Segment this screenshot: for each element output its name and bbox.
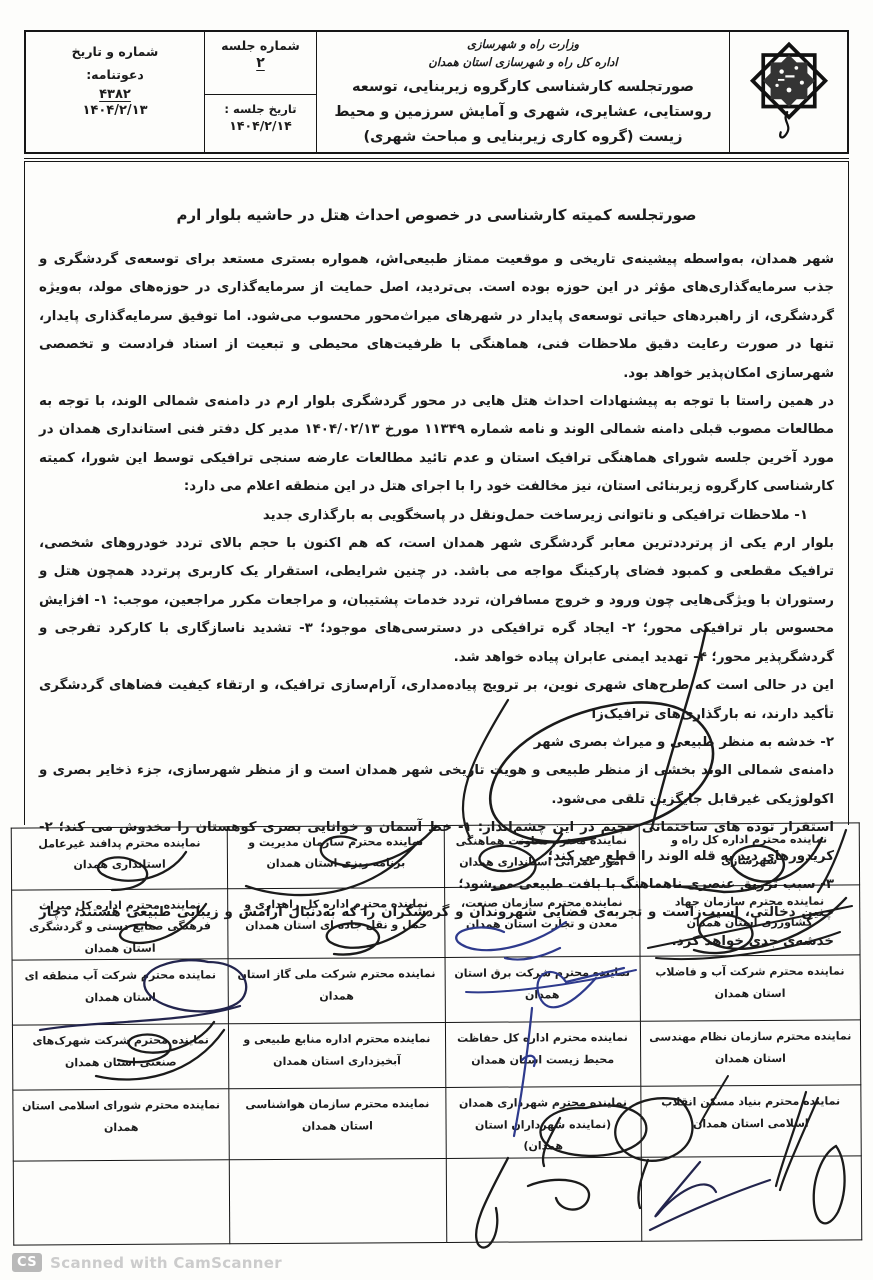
table-row: نماینده محترم اداره کل راه و شهرسازی نما… — [11, 823, 859, 890]
session-number-value: ۲ — [205, 55, 316, 71]
signatory-cell — [230, 1158, 447, 1243]
session-date-value: ۱۴۰۴/۲/۱۴ — [205, 118, 316, 133]
signatory-cell: نماینده محترم شرکت آب منطقه ای استان همد… — [12, 959, 229, 1025]
document-title: صورتجلسه کارشناسی کارگروه زیربنایی، توسع… — [325, 75, 721, 151]
signature-table: نماینده محترم اداره کل راه و شهرسازی نما… — [11, 822, 863, 1245]
signatory-cell: نماینده محترم بنیاد مسکن انقلاب اسلامی ا… — [640, 1085, 861, 1157]
paragraph: در همین راستا با توجه به پیشنهادات احداث… — [39, 388, 834, 502]
paragraph: این در حالی است که طرح‌های شهری نوین، بر… — [39, 672, 834, 729]
signatory-cell: نماینده محترم شورای اسلامی استان همدان — [13, 1089, 230, 1161]
signatory-cell — [13, 1159, 230, 1244]
session-box: شماره جلسه ۲ تاریخ جلسه : ۱۴۰۴/۲/۱۴ — [204, 32, 316, 152]
invitation-number: ۴۳۸۲ — [26, 87, 204, 102]
signatory-cell: نماینده محترم شرکت ملی گاز استان همدان — [228, 958, 445, 1024]
invitation-date: ۱۴۰۴/۲/۱۳ — [26, 103, 204, 118]
signatory-cell: نماینده محترم اداره کل حفاظت محیط زیست ا… — [445, 1022, 640, 1088]
scanned-document-page: وزارت راه و شهرسازی اداره کل راه و شهرسا… — [0, 0, 873, 1280]
signatory-cell: نماینده محترم شهرداری همدان (نماینده شهر… — [445, 1087, 640, 1159]
cs-badge-icon: CS — [12, 1253, 42, 1272]
session-number-label: شماره جلسه — [205, 38, 316, 53]
signatory-cell: نماینده محترم سازمان صنعت، معدن و تجارت … — [444, 886, 639, 958]
signatory-cell: نماینده محترم سازمان هواشناسی استان همدا… — [229, 1088, 446, 1160]
signatory-cell: نماینده محترم سازمان مدیریت و برنامه ریز… — [227, 825, 444, 888]
signatory-cell: نماینده محترم اداره کل میراث فرهنگی صنای… — [12, 889, 229, 961]
paragraph: بلوار ارم یکی از پرتردد‌ترین معابر گردشگ… — [39, 530, 834, 672]
signatory-cell: نماینده محترم اداره کل راه و شهرسازی — [639, 823, 860, 886]
signatory-cell: نماینده محترم شرکت آب و فاضلاب استان همد… — [640, 955, 861, 1021]
table-row: نماینده محترم سازمان جهاد کشاورزی استان … — [12, 885, 860, 960]
paragraph: شهر همدان، به‌واسطه پیشینه‌ی تاریخی و مو… — [39, 246, 834, 388]
invitation-label: شماره و تاریخ دعوتنامه: — [26, 41, 204, 86]
emblem-box — [729, 32, 847, 152]
department-name: اداره کل راه و شهرسازی استان همدان — [325, 54, 721, 72]
ministry-seal-icon — [743, 34, 835, 150]
signatory-cell: نماینده محترم معاونت هماهنگی امور عمرانی… — [444, 824, 639, 887]
signatory-cell: نماینده محترم اداره منابع طبیعی و آبخیزد… — [229, 1023, 446, 1089]
paragraph: دامنه‌ی شمالی الوند بخشی از منظر طبیعی و… — [39, 757, 834, 814]
signatory-cell — [446, 1157, 642, 1242]
camscanner-watermark: CS Scanned with CamScanner — [12, 1253, 282, 1272]
table-row — [13, 1156, 861, 1245]
ministry-name: وزارت راه و شهرسازی — [325, 36, 721, 54]
signatory-cell: نماینده محترم پدافند غیرعامل استانداری ه… — [11, 827, 228, 890]
meeting-minutes-title: صورتجلسه کمیته کارشناسی در خصوص احداث هت… — [39, 206, 834, 224]
signatory-cell — [641, 1156, 862, 1241]
signatory-cell: نماینده محترم سازمان نظام مهندسی استان ه… — [640, 1020, 861, 1086]
session-date-label: تاریخ جلسه : — [205, 102, 316, 116]
document-header: وزارت راه و شهرسازی اداره کل راه و شهرسا… — [24, 30, 849, 154]
document-body: صورتجلسه کمیته کارشناسی در خصوص احداث هت… — [24, 162, 849, 825]
signatory-cell: نماینده محترم شرکت شهرک‌های صنعتی استان … — [12, 1024, 229, 1090]
title-box: وزارت راه و شهرسازی اداره کل راه و شهرسا… — [316, 32, 729, 152]
watermark-text: Scanned with CamScanner — [50, 1254, 282, 1272]
table-row: نماینده محترم سازمان نظام مهندسی استان ه… — [12, 1020, 860, 1090]
section-heading-1: ۱- ملاحظات ترافیکی و ناتوانی زیرساخت حمل… — [39, 502, 834, 530]
invitation-box: شماره و تاریخ دعوتنامه: ۴۳۸۲ ۱۴۰۴/۲/۱۳ — [26, 32, 204, 152]
table-row: نماینده محترم بنیاد مسکن انقلاب اسلامی ا… — [13, 1085, 861, 1160]
section-heading-2: ۲- خدشه به منظر طبیعی و میراث بصری شهر — [39, 729, 834, 757]
table-row: نماینده محترم شرکت آب و فاضلاب استان همد… — [12, 955, 860, 1025]
signatory-cell: نماینده محترم سازمان جهاد کشاورزی استان … — [639, 885, 860, 957]
signatory-cell: نماینده محترم شرکت برق استان همدان — [445, 957, 640, 1023]
signatory-cell: نماینده محترم اداره کل راهداری و حمل و ن… — [228, 887, 445, 959]
